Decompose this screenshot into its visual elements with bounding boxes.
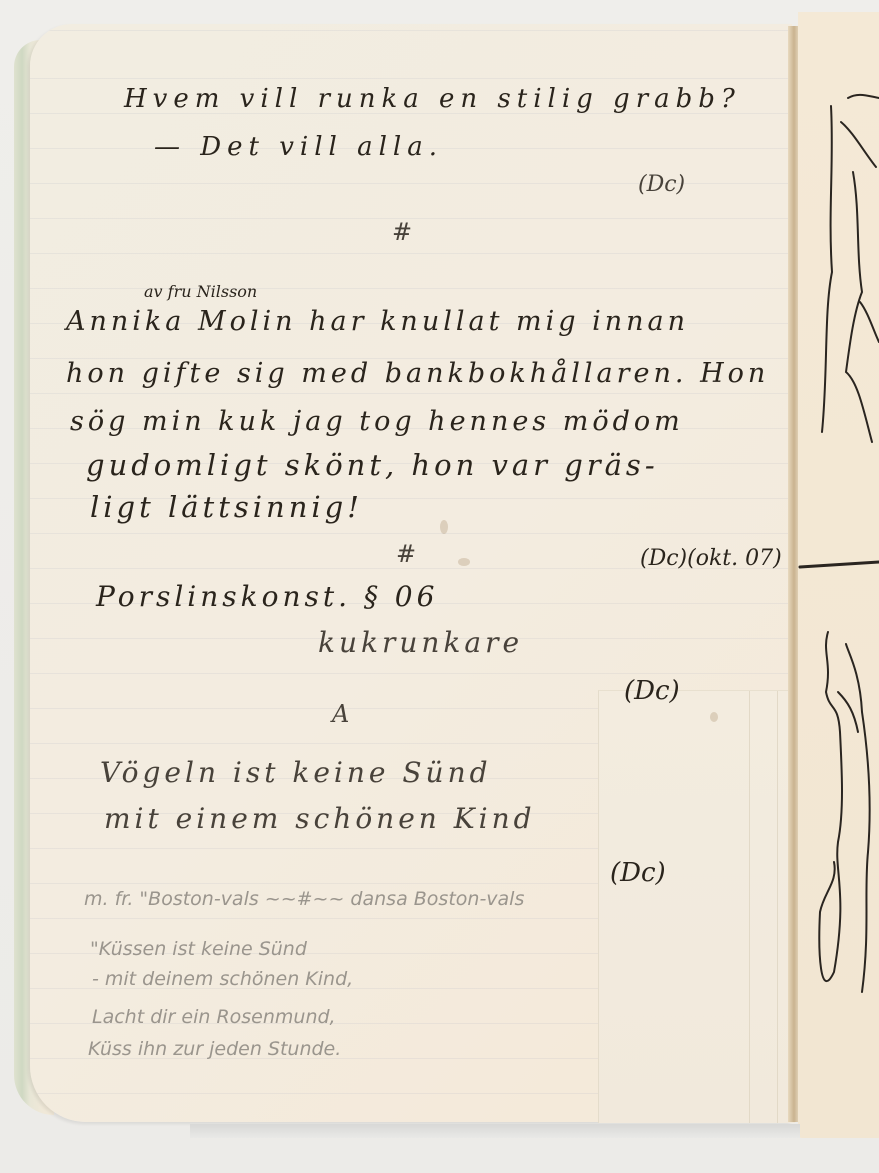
signature-mark: (Dc) bbox=[610, 858, 666, 888]
handwritten-line: ligt lättsinnig! bbox=[90, 490, 363, 524]
handwritten-line: Porslinskonst. § 06 bbox=[96, 580, 438, 613]
pencil-line: Lacht dir ein Rosenmund, bbox=[92, 1006, 336, 1028]
handwritten-line: — Det vill alla. bbox=[154, 132, 443, 162]
entry-separator: # bbox=[396, 540, 416, 568]
signature-mark: (Dc) bbox=[638, 172, 685, 197]
signature-mark: (Dc) bbox=[624, 676, 680, 706]
handwritten-line: sög min kuk jag tog hennes mödom bbox=[70, 406, 684, 437]
figure-drawing-icon bbox=[798, 12, 879, 1138]
right-page bbox=[798, 12, 879, 1138]
slip-crease bbox=[749, 691, 750, 1123]
handwritten-line: gudomligt skönt, hon var gräs- bbox=[86, 448, 659, 482]
attribution-note: av fru Nilsson bbox=[144, 282, 257, 301]
handwritten-line: Annika Molin har knullat mig innan bbox=[66, 306, 689, 337]
ink-stain bbox=[458, 558, 470, 566]
pasted-paper-slip bbox=[598, 690, 795, 1123]
pencil-line: m. fr. "Boston-vals ~~#~~ dansa Boston-v… bbox=[84, 888, 524, 910]
handwritten-line: hon gifte sig med bankbokhållaren. Hon bbox=[66, 358, 769, 389]
pencil-line: Küss ihn zur jeden Stunde. bbox=[88, 1038, 341, 1060]
lower-page-shadow bbox=[190, 1124, 800, 1138]
entry-separator: # bbox=[392, 218, 412, 246]
slip-crease bbox=[777, 691, 778, 1123]
pencil-line: "Küssen ist keine Sünd bbox=[90, 938, 307, 960]
signature-mark: (Dc)(okt. 07) bbox=[640, 546, 782, 571]
pencil-line: - mit deinem schönen Kind, bbox=[92, 968, 353, 990]
handwritten-line: Vögeln ist keine Sünd bbox=[100, 756, 492, 789]
handwritten-line: kukrunkare bbox=[318, 626, 523, 659]
handwritten-line: Hvem vill runka en stilig grabb? bbox=[124, 84, 741, 114]
handwritten-line: mit einem schönen Kind bbox=[104, 802, 536, 835]
ink-stain bbox=[710, 712, 718, 722]
entry-separator: A bbox=[332, 700, 349, 728]
ink-stain bbox=[440, 520, 448, 534]
